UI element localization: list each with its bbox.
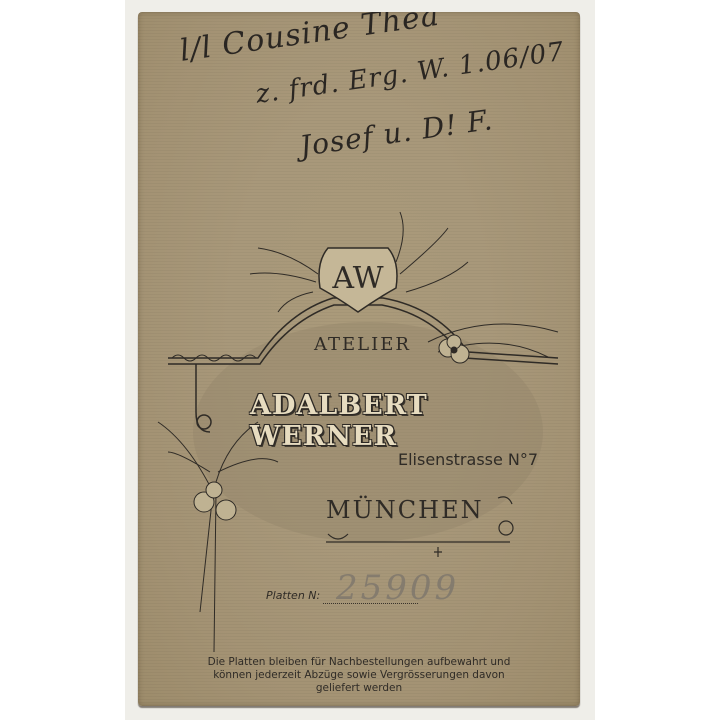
studio-prefix: ATELIER <box>314 334 411 355</box>
monogram-text: AW <box>331 261 383 296</box>
studio-name: ADALBERT WERNER <box>250 390 580 452</box>
cabinet-card-back: l/l Cousine Thea z. frd. Erg. W. 1.06/07… <box>138 12 580 706</box>
studio-address: Elisenstrasse N°7 <box>398 450 538 469</box>
reorder-notice-line-3: geliefert werden <box>168 682 550 695</box>
studio-city: MÜNCHEN <box>326 496 484 524</box>
plate-number-handwritten: 25909 <box>336 568 459 608</box>
reorder-notice-line-2: können jederzeit Abzüge sowie Vergrösser… <box>168 669 550 682</box>
reorder-notice: Die Platten bleiben für Nachbestellungen… <box>168 656 550 695</box>
plate-number-label: Platten N: <box>266 589 320 602</box>
reorder-notice-line-1: Die Platten bleiben für Nachbestellungen… <box>168 656 550 669</box>
